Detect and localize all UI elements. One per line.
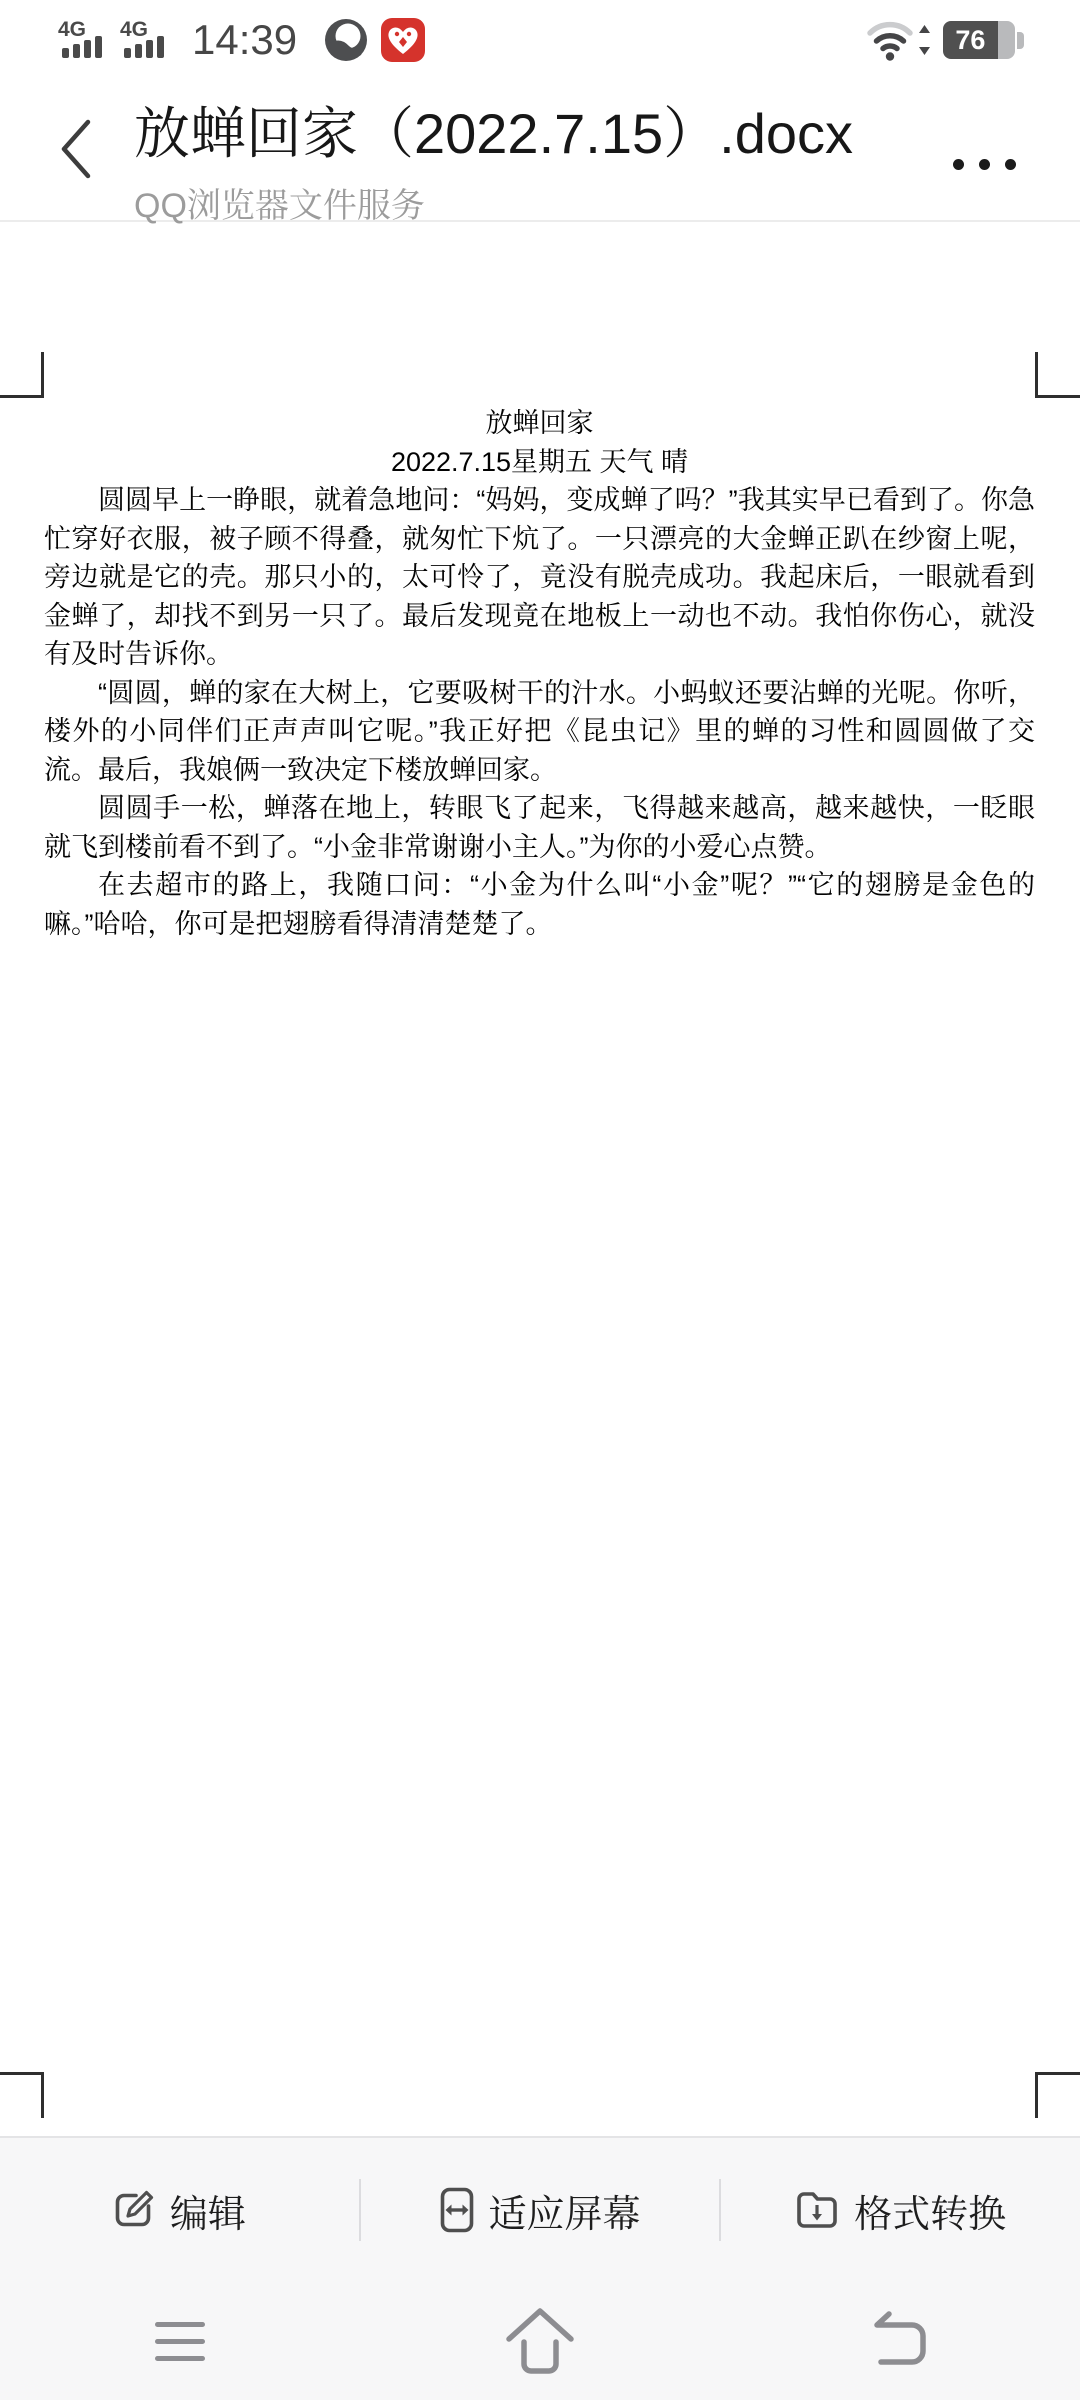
fit-screen-icon: [440, 2187, 474, 2233]
signal-icon-sim2: 4G: [120, 16, 170, 64]
document-paragraph: “圆圆，蝉的家在大树上，它要吸树干的汁水。小蚂蚁还要沾蝉的光呢。你听，楼外的小同…: [44, 674, 1035, 790]
dot-icon: [953, 159, 964, 170]
menu-lines-icon: [155, 2322, 205, 2361]
battery-percent-text: 76: [955, 25, 985, 56]
wifi-traffic-arrows-icon: [918, 24, 931, 56]
document-title: 放蝉回家: [44, 404, 1035, 443]
qq-browser-icon: [323, 17, 369, 63]
page-corner-mark: [0, 2072, 44, 2118]
more-menu-button[interactable]: [953, 80, 1016, 222]
recents-button[interactable]: [0, 2322, 360, 2361]
wifi-icon: [865, 18, 931, 62]
document-paragraph: 在去超市的路上，我随口问：“小金为什么叫“小金”呢？”“它的翅膀是金色的嘛。”哈…: [44, 866, 1035, 943]
status-bar: 4G 4G 14:39: [0, 0, 1080, 80]
heart-app-icon: [381, 18, 425, 62]
edit-icon: [113, 2189, 155, 2231]
format-convert-icon: [795, 2189, 839, 2231]
clock-text: 14:39: [192, 16, 297, 64]
home-icon: [501, 2304, 579, 2378]
tool-label: 格式转换: [854, 2183, 1006, 2238]
nav-back-button[interactable]: [720, 2308, 1080, 2374]
home-button[interactable]: [360, 2304, 720, 2378]
document-date-line: 2022.7.15星期五 天气 晴: [44, 443, 1035, 482]
signal-icon-sim1: 4G: [58, 16, 108, 64]
phone-screen: 4G 4G 14:39: [0, 0, 1080, 2400]
tool-label: 编辑: [170, 2183, 246, 2238]
page-corner-mark: [1035, 352, 1080, 398]
app-header: 放蝉回家（2022.7.15）.docx QQ浏览器文件服务: [0, 80, 1080, 222]
document-paragraph: 圆圆手一松，蝉落在地上，转眼飞了起来，飞得越来越高，越来越快，一眨眼就飞到楼前看…: [44, 789, 1035, 866]
dot-icon: [1005, 159, 1016, 170]
document-page[interactable]: 放蝉回家 2022.7.15星期五 天气 晴 圆圆早上一睁眼，就着急地问：“妈妈…: [0, 224, 1080, 2136]
battery-icon: 76: [943, 21, 1024, 59]
format-convert-button[interactable]: 格式转换: [721, 2138, 1080, 2282]
document-text: 放蝉回家 2022.7.15星期五 天气 晴 圆圆早上一睁眼，就着急地问：“妈妈…: [44, 404, 1035, 943]
system-navbar: [0, 2282, 1080, 2400]
file-service-subtitle: QQ浏览器文件服务: [134, 178, 904, 227]
back-button[interactable]: [58, 114, 102, 184]
document-paragraph: 圆圆早上一睁眼，就着急地问：“妈妈，变成蝉了吗？”我其实早已看到了。你急忙穿好衣…: [44, 481, 1035, 674]
page-corner-mark: [0, 352, 44, 398]
edit-button[interactable]: 编辑: [0, 2138, 359, 2282]
chevron-left-icon: [58, 117, 94, 181]
return-arrow-icon: [867, 2308, 933, 2374]
dot-icon: [979, 159, 990, 170]
page-corner-mark: [1035, 2072, 1080, 2118]
tool-label: 适应屏幕: [489, 2183, 641, 2238]
file-title: 放蝉回家（2022.7.15）.docx: [134, 90, 904, 170]
fit-screen-button[interactable]: 适应屏幕: [361, 2138, 720, 2282]
document-toolbar: 编辑 适应屏幕 格式转换: [0, 2136, 1080, 2282]
